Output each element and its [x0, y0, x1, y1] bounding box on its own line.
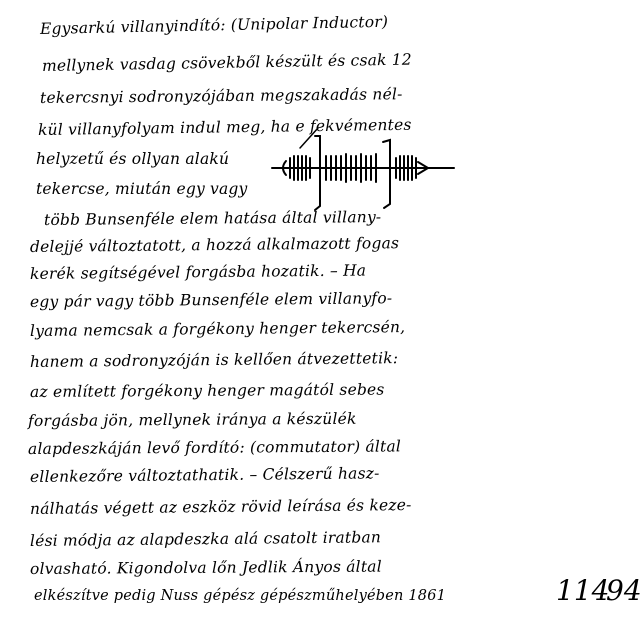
manuscript-line-20: elkészítve pedig Nuss gépész gépészműhel…	[34, 588, 446, 604]
manuscript-line-19: olvasható. Kigondolva lőn Jedlik Ányos á…	[30, 558, 382, 578]
manuscript-line-18: lési módja az alapdeszka alá csatolt ira…	[30, 528, 381, 550]
manuscript-line-9: kerék segítségével forgásba hozatik. – H…	[30, 261, 366, 283]
manuscript-line-17: nálhatás végett az eszköz rövid leírása …	[30, 496, 412, 518]
manuscript-line-5: helyzetű és ollyan alakú	[36, 150, 229, 168]
manuscript-line-12: hanem a sodronyzóján is kellően átvezett…	[30, 349, 398, 371]
manuscript-line-16: ellenkezőre változtathatik. – Célszerű h…	[30, 464, 380, 486]
manuscript-line-13: az említett forgékony henger magától seb…	[30, 381, 385, 401]
manuscript-page: Egysarkú villanyindító: (Unipolar Induct…	[0, 0, 643, 637]
manuscript-line-2: mellynek vasdag csövekből készült és csa…	[42, 51, 412, 75]
annotation-number-right: 94	[606, 574, 642, 607]
manuscript-line-10: egy pár vagy több Bunsenféle elem villan…	[30, 289, 392, 311]
manuscript-line-8: delejjé változtatott, a hozzá alkalmazot…	[30, 234, 399, 256]
apparatus-sketch-drawing	[268, 128, 458, 218]
manuscript-line-6: tekercse, miután egy vagy	[36, 180, 248, 198]
annotation-number-left: 114	[556, 574, 609, 607]
manuscript-line-14: forgásba jön, mellynek iránya a készülék	[28, 410, 357, 430]
manuscript-line-3: tekercsnyi sodronyzójában megszakadás né…	[40, 85, 403, 107]
manuscript-line-1: Egysarkú villanyindító: (Unipolar Induct…	[40, 13, 388, 38]
manuscript-line-15: alapdeszkáján levő fordító: (commutator)…	[28, 437, 401, 458]
manuscript-line-11: lyama nemcsak a forgékony henger tekercs…	[30, 318, 405, 340]
